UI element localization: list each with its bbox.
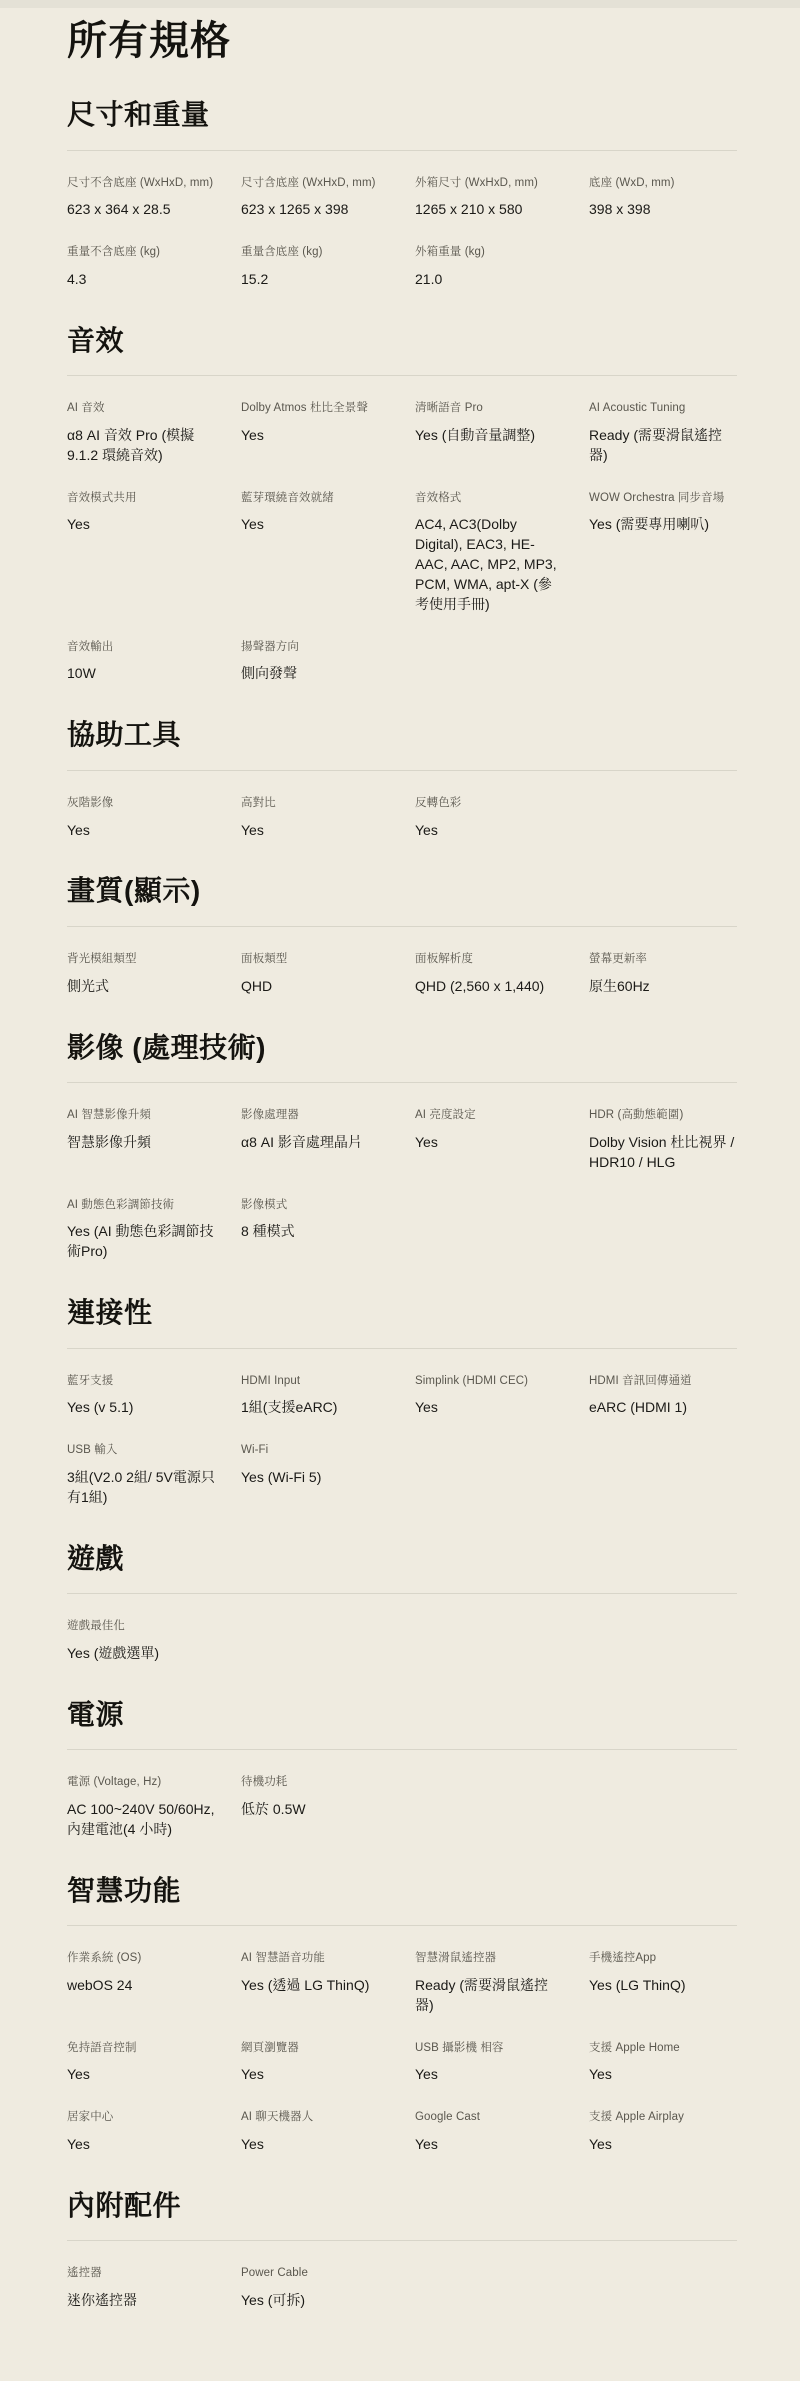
spec-item: AI 智慧影像升頻智慧影像升頻 (67, 1107, 215, 1153)
spec-item: 免持語音控制Yes (67, 2040, 215, 2086)
spec-value: Yes (415, 1398, 563, 1418)
spec-row: 免持語音控制Yes網頁瀏覽器YesUSB 攝影機 相容Yes支援 Apple H… (67, 2016, 737, 2086)
spec-item: 尺寸含底座 (WxHxD, mm)623 x 1265 x 398 (241, 175, 389, 221)
spec-label: 網頁瀏覽器 (241, 2040, 389, 2057)
spec-item: USB 攝影機 相容Yes (415, 2040, 563, 2086)
spec-row: 背光模組類型側光式面板類型QHD面板解析度QHD (2,560 x 1,440)… (67, 927, 737, 997)
spec-label: Google Cast (415, 2109, 563, 2126)
spec-value: 623 x 364 x 28.5 (67, 200, 215, 220)
spec-label: 重量不含底座 (kg) (67, 244, 215, 261)
spec-label: USB 輸入 (67, 1442, 215, 1459)
spec-row: 重量不含底座 (kg)4.3重量含底座 (kg)15.2外箱重量 (kg)21.… (67, 220, 737, 290)
spec-label: AI 音效 (67, 400, 215, 417)
spec-section-0: 尺寸和重量尺寸不含底座 (WxHxD, mm)623 x 364 x 28.5尺… (67, 98, 737, 290)
top-edge-strip (0, 0, 800, 8)
spec-value: Yes (67, 821, 215, 841)
section-title: 內附配件 (67, 2189, 737, 2223)
spec-value: Yes (415, 1133, 563, 1153)
spec-value: Yes (241, 2065, 389, 2085)
spec-section-3: 畫質(顯示)背光模組類型側光式面板類型QHD面板解析度QHD (2,560 x … (67, 874, 737, 996)
spec-item: 尺寸不含底座 (WxHxD, mm)623 x 364 x 28.5 (67, 175, 215, 221)
spec-label: 尺寸不含底座 (WxHxD, mm) (67, 175, 215, 192)
spec-item: 遊戲最佳化Yes (遊戲選單) (67, 1618, 215, 1664)
spec-section-2: 協助工具灰階影像Yes高對比Yes反轉色彩Yes (67, 718, 737, 840)
spec-value: 398 x 398 (589, 200, 737, 220)
spec-item: 面板類型QHD (241, 951, 389, 997)
spec-label: 音效輸出 (67, 639, 215, 656)
spec-label: USB 攝影機 相容 (415, 2040, 563, 2057)
spec-label: Wi-Fi (241, 1442, 389, 1459)
spec-item: 高對比Yes (241, 795, 389, 841)
spec-row: AI 音效α8 AI 音效 Pro (模擬9.1.2 環繞音效)Dolby At… (67, 376, 737, 465)
spec-value: AC4, AC3(Dolby Digital), EAC3, HE-AAC, A… (415, 515, 563, 614)
spec-row: 電源 (Voltage, Hz)AC 100~240V 50/60Hz,內建電池… (67, 1750, 737, 1839)
spec-item: 背光模組類型側光式 (67, 951, 215, 997)
spec-item: AI 聊天機器人Yes (241, 2109, 389, 2155)
spec-item: USB 輸入3組(V2.0 2組/ 5V電源只有1組) (67, 1442, 215, 1507)
spec-label: 重量含底座 (kg) (241, 244, 389, 261)
spec-section-7: 電源電源 (Voltage, Hz)AC 100~240V 50/60Hz,內建… (67, 1698, 737, 1840)
spec-row: 居家中心YesAI 聊天機器人YesGoogle CastYes支援 Apple… (67, 2085, 737, 2155)
spec-value: 原生60Hz (589, 977, 737, 997)
spec-value: 4.3 (67, 270, 215, 290)
spec-value: Dolby Vision 杜比視界 / HDR10 / HLG (589, 1133, 737, 1173)
spec-row: 音效模式共用Yes藍芽環繞音效就緒Yes音效格式AC4, AC3(Dolby D… (67, 466, 737, 615)
spec-value: 迷你遙控器 (67, 2291, 215, 2311)
spec-value: Yes (遊戲選單) (67, 1644, 215, 1664)
spec-item: 螢幕更新率原生60Hz (589, 951, 737, 997)
spec-label: 螢幕更新率 (589, 951, 737, 968)
spec-value: Yes (589, 2065, 737, 2085)
section-title: 影像 (處理技術) (67, 1031, 737, 1065)
spec-value: Yes (241, 821, 389, 841)
spec-value: 8 種模式 (241, 1222, 389, 1242)
spec-item: 藍芽環繞音效就緒Yes (241, 490, 389, 536)
spec-item: 底座 (WxD, mm)398 x 398 (589, 175, 737, 221)
spec-label: 尺寸含底座 (WxHxD, mm) (241, 175, 389, 192)
spec-item: AI 音效α8 AI 音效 Pro (模擬9.1.2 環繞音效) (67, 400, 215, 465)
spec-label: 面板解析度 (415, 951, 563, 968)
spec-value: 623 x 1265 x 398 (241, 200, 389, 220)
specs-page: 所有規格 尺寸和重量尺寸不含底座 (WxHxD, mm)623 x 364 x … (0, 0, 800, 2381)
spec-item: 音效模式共用Yes (67, 490, 215, 536)
spec-label: 影像模式 (241, 1197, 389, 1214)
spec-item: 反轉色彩Yes (415, 795, 563, 841)
spec-item: AI 動態色彩調節技術Yes (AI 動態色彩調節技術Pro) (67, 1197, 215, 1262)
spec-value: 10W (67, 664, 215, 684)
spec-label: 支援 Apple Airplay (589, 2109, 737, 2126)
spec-item: 清晰語音 ProYes (自動音量調整) (415, 400, 563, 446)
spec-value: Ready (需要滑鼠遙控器) (415, 1976, 563, 2016)
spec-label: 遙控器 (67, 2265, 215, 2282)
spec-value: Yes (415, 821, 563, 841)
spec-label: 居家中心 (67, 2109, 215, 2126)
spec-item: 網頁瀏覽器Yes (241, 2040, 389, 2086)
spec-item: 外箱重量 (kg)21.0 (415, 244, 563, 290)
spec-item: 支援 Apple AirplayYes (589, 2109, 737, 2155)
spec-item: 作業系統 (OS)webOS 24 (67, 1950, 215, 1996)
spec-item: 電源 (Voltage, Hz)AC 100~240V 50/60Hz,內建電池… (67, 1774, 215, 1839)
section-title: 連接性 (67, 1296, 737, 1330)
spec-label: 反轉色彩 (415, 795, 563, 812)
spec-row: 藍牙支援Yes (v 5.1)HDMI Input1組(支援eARC)Simpl… (67, 1349, 737, 1419)
spec-value: Yes (241, 515, 389, 535)
spec-value: Yes (67, 2065, 215, 2085)
spec-item: 藍牙支援Yes (v 5.1) (67, 1373, 215, 1419)
spec-section-4: 影像 (處理技術)AI 智慧影像升頻智慧影像升頻影像處理器α8 AI 影音處理晶… (67, 1031, 737, 1262)
spec-value: 側光式 (67, 977, 215, 997)
spec-item: HDMI 音訊回傳通道eARC (HDMI 1) (589, 1373, 737, 1419)
spec-value: Yes (415, 2135, 563, 2155)
spec-label: 藍芽環繞音效就緒 (241, 490, 389, 507)
spec-item: 手機遙控AppYes (LG ThinQ) (589, 1950, 737, 1996)
spec-item: AI 亮度設定Yes (415, 1107, 563, 1153)
spec-label: Simplink (HDMI CEC) (415, 1373, 563, 1390)
spec-label: 清晰語音 Pro (415, 400, 563, 417)
spec-value: 1組(支援eARC) (241, 1398, 389, 1418)
spec-label: Dolby Atmos 杜比全景聲 (241, 400, 389, 417)
spec-value: 15.2 (241, 270, 389, 290)
spec-value: Yes (需要專用喇叭) (589, 515, 737, 535)
spec-value: Yes (241, 426, 389, 446)
spec-value: QHD (2,560 x 1,440) (415, 977, 563, 997)
spec-value: Yes (67, 515, 215, 535)
spec-label: 手機遙控App (589, 1950, 737, 1967)
spec-section-6: 遊戲遊戲最佳化Yes (遊戲選單) (67, 1542, 737, 1664)
spec-label: 底座 (WxD, mm) (589, 175, 737, 192)
specs-content: 所有規格 尺寸和重量尺寸不含底座 (WxHxD, mm)623 x 364 x … (0, 8, 800, 2381)
spec-value: α8 AI 音效 Pro (模擬9.1.2 環繞音效) (67, 426, 215, 466)
spec-item: WOW Orchestra 同步音場Yes (需要專用喇叭) (589, 490, 737, 536)
spec-value: Yes (241, 2135, 389, 2155)
spec-value: Yes (自動音量調整) (415, 426, 563, 446)
spec-label: 影像處理器 (241, 1107, 389, 1124)
spec-value: Ready (需要滑鼠遙控器) (589, 426, 737, 466)
section-title: 畫質(顯示) (67, 874, 737, 908)
spec-section-9: 內附配件遙控器迷你遙控器Power CableYes (可拆) (67, 2189, 737, 2311)
spec-item: 智慧滑鼠遙控器Ready (需要滑鼠遙控器) (415, 1950, 563, 2015)
spec-label: HDMI 音訊回傳通道 (589, 1373, 737, 1390)
spec-item: 待機功耗低於 0.5W (241, 1774, 389, 1820)
spec-item: 灰階影像Yes (67, 795, 215, 841)
spec-value: AC 100~240V 50/60Hz,內建電池(4 小時) (67, 1800, 215, 1840)
section-title: 協助工具 (67, 718, 737, 752)
spec-value: Yes (透過 LG ThinQ) (241, 1976, 389, 1996)
spec-label: 免持語音控制 (67, 2040, 215, 2057)
spec-label: 待機功耗 (241, 1774, 389, 1791)
spec-row: 遙控器迷你遙控器Power CableYes (可拆) (67, 2241, 737, 2311)
spec-item: 音效格式AC4, AC3(Dolby Digital), EAC3, HE-AA… (415, 490, 563, 615)
spec-row: AI 智慧影像升頻智慧影像升頻影像處理器α8 AI 影音處理晶片AI 亮度設定Y… (67, 1083, 737, 1172)
spec-value: 側向發聲 (241, 664, 389, 684)
spec-label: 外箱尺寸 (WxHxD, mm) (415, 175, 563, 192)
section-title: 電源 (67, 1698, 737, 1732)
spec-item: AI 智慧語音功能Yes (透過 LG ThinQ) (241, 1950, 389, 1996)
spec-label: HDR (高動態範圍) (589, 1107, 737, 1124)
spec-section-5: 連接性藍牙支援Yes (v 5.1)HDMI Input1組(支援eARC)Si… (67, 1296, 737, 1508)
section-title: 尺寸和重量 (67, 98, 737, 132)
spec-value: Yes (v 5.1) (67, 1398, 215, 1418)
spec-label: 智慧滑鼠遙控器 (415, 1950, 563, 1967)
spec-label: 面板類型 (241, 951, 389, 968)
spec-label: 音效模式共用 (67, 490, 215, 507)
spec-item: 音效輸出10W (67, 639, 215, 685)
spec-label: 揚聲器方向 (241, 639, 389, 656)
spec-row: USB 輸入3組(V2.0 2組/ 5V電源只有1組)Wi-FiYes (Wi-… (67, 1418, 737, 1507)
spec-row: 作業系統 (OS)webOS 24AI 智慧語音功能Yes (透過 LG Thi… (67, 1926, 737, 2015)
spec-value: Yes (415, 2065, 563, 2085)
spec-item: AI Acoustic TuningReady (需要滑鼠遙控器) (589, 400, 737, 465)
spec-row: 尺寸不含底座 (WxHxD, mm)623 x 364 x 28.5尺寸含底座 … (67, 151, 737, 221)
spec-label: AI 智慧語音功能 (241, 1950, 389, 1967)
spec-label: 高對比 (241, 795, 389, 812)
section-title: 音效 (67, 324, 737, 358)
spec-value: Yes (Wi-Fi 5) (241, 1468, 389, 1488)
spec-label: HDMI Input (241, 1373, 389, 1390)
spec-value: Yes (589, 2135, 737, 2155)
spec-label: 電源 (Voltage, Hz) (67, 1774, 215, 1791)
spec-item: Wi-FiYes (Wi-Fi 5) (241, 1442, 389, 1488)
spec-value: QHD (241, 977, 389, 997)
spec-value: 21.0 (415, 270, 563, 290)
spec-item: 外箱尺寸 (WxHxD, mm)1265 x 210 x 580 (415, 175, 563, 221)
spec-item: 支援 Apple HomeYes (589, 2040, 737, 2086)
spec-label: AI 聊天機器人 (241, 2109, 389, 2126)
spec-section-8: 智慧功能作業系統 (OS)webOS 24AI 智慧語音功能Yes (透過 LG… (67, 1874, 737, 2155)
section-title: 遊戲 (67, 1542, 737, 1576)
spec-value: Yes (67, 2135, 215, 2155)
spec-value: Yes (LG ThinQ) (589, 1976, 737, 1996)
spec-row: 音效輸出10W揚聲器方向側向發聲 (67, 615, 737, 685)
spec-label: 支援 Apple Home (589, 2040, 737, 2057)
spec-value: webOS 24 (67, 1976, 215, 1996)
spec-item: HDR (高動態範圍)Dolby Vision 杜比視界 / HDR10 / H… (589, 1107, 737, 1172)
spec-item: Simplink (HDMI CEC)Yes (415, 1373, 563, 1419)
spec-item: 揚聲器方向側向發聲 (241, 639, 389, 685)
spec-label: AI 亮度設定 (415, 1107, 563, 1124)
spec-item: 影像模式8 種模式 (241, 1197, 389, 1243)
spec-label: 背光模組類型 (67, 951, 215, 968)
spec-value: eARC (HDMI 1) (589, 1398, 737, 1418)
spec-label: 灰階影像 (67, 795, 215, 812)
spec-value: α8 AI 影音處理晶片 (241, 1133, 389, 1153)
spec-label: AI 動態色彩調節技術 (67, 1197, 215, 1214)
spec-label: 音效格式 (415, 490, 563, 507)
spec-label: 作業系統 (OS) (67, 1950, 215, 1967)
page-title: 所有規格 (67, 18, 737, 64)
spec-value: Yes (可拆) (241, 2291, 389, 2311)
spec-item: 重量不含底座 (kg)4.3 (67, 244, 215, 290)
spec-item: Power CableYes (可拆) (241, 2265, 389, 2311)
section-title: 智慧功能 (67, 1874, 737, 1908)
spec-row: 遊戲最佳化Yes (遊戲選單) (67, 1594, 737, 1664)
spec-value: 3組(V2.0 2組/ 5V電源只有1組) (67, 1468, 215, 1508)
spec-section-1: 音效AI 音效α8 AI 音效 Pro (模擬9.1.2 環繞音效)Dolby … (67, 324, 737, 685)
spec-label: 藍牙支援 (67, 1373, 215, 1390)
spec-label: WOW Orchestra 同步音場 (589, 490, 737, 507)
spec-item: HDMI Input1組(支援eARC) (241, 1373, 389, 1419)
spec-item: Google CastYes (415, 2109, 563, 2155)
spec-label: 外箱重量 (kg) (415, 244, 563, 261)
spec-value: Yes (AI 動態色彩調節技術Pro) (67, 1222, 215, 1262)
spec-label: AI 智慧影像升頻 (67, 1107, 215, 1124)
spec-value: 1265 x 210 x 580 (415, 200, 563, 220)
spec-item: 影像處理器α8 AI 影音處理晶片 (241, 1107, 389, 1153)
spec-row: 灰階影像Yes高對比Yes反轉色彩Yes (67, 771, 737, 841)
spec-value: 低於 0.5W (241, 1800, 389, 1820)
spec-label: Power Cable (241, 2265, 389, 2282)
spec-sections: 尺寸和重量尺寸不含底座 (WxHxD, mm)623 x 364 x 28.5尺… (67, 98, 737, 2311)
spec-label: AI Acoustic Tuning (589, 400, 737, 417)
spec-row: AI 動態色彩調節技術Yes (AI 動態色彩調節技術Pro)影像模式8 種模式 (67, 1173, 737, 1262)
spec-item: 遙控器迷你遙控器 (67, 2265, 215, 2311)
spec-item: 面板解析度QHD (2,560 x 1,440) (415, 951, 563, 997)
spec-value: 智慧影像升頻 (67, 1133, 215, 1153)
spec-item: 居家中心Yes (67, 2109, 215, 2155)
spec-label: 遊戲最佳化 (67, 1618, 215, 1635)
spec-item: Dolby Atmos 杜比全景聲Yes (241, 400, 389, 446)
spec-item: 重量含底座 (kg)15.2 (241, 244, 389, 290)
